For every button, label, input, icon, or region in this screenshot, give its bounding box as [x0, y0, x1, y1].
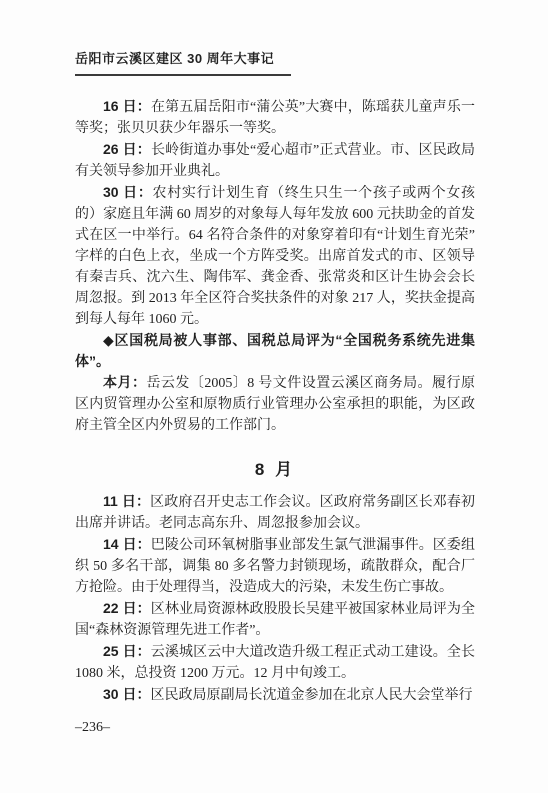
header-title: 岳阳市云溪区建区 30 周年大事记: [75, 48, 475, 67]
entry-paragraph: 11 日：区政府召开史志工作会议。区政府常务副区长邓春初出席并讲话。老同志高东升…: [75, 491, 475, 534]
month-heading: 8 月: [75, 459, 475, 480]
entry-paragraph: 30 日：区民政局原副局长沈道金参加在北京人民大会堂举行: [75, 684, 475, 706]
entry-paragraph: 本月：岳云发〔2005〕8 号文件设置云溪区商务局。履行原区内贸管理办公室和原物…: [75, 372, 475, 436]
entry-paragraph: 16 日：在第五届岳阳市“蒲公英”大赛中，陈瑶获儿童声乐一等奖；张贝贝获少年器乐…: [75, 96, 475, 139]
header-rule: [75, 74, 291, 76]
entry-date-label: 30 日：: [103, 184, 153, 200]
entry-paragraph: 14 日：巴陵公司环氧树脂事业部发生氯气泄漏事件。区委组织 50 多名干部，调集…: [75, 534, 475, 598]
entry-text: 区民政局原副局长沈道金参加在北京人民大会堂举行: [150, 688, 472, 703]
entry-paragraph: 25 日：云溪城区云中大道改造升级工程正式动工建设。全长 1080 米，总投资 …: [75, 641, 475, 684]
entry-date-label: 22 日：: [103, 600, 151, 616]
entry-paragraph: 26 日：长岭街道办事处“爱心超市”正式营业。市、区民政局有关领导参加开业典礼。: [75, 139, 475, 182]
book-page: 岳阳市云溪区建区 30 周年大事记 16 日：在第五届岳阳市“蒲公英”大赛中，陈…: [0, 0, 548, 793]
entry-text: 农村实行计划生育（终生只生一个孩子或两个女孩的）家庭且年满 60 周岁的对象每人…: [75, 186, 475, 327]
entry-date-label: 30 日：: [103, 686, 150, 702]
entry-date-label: 本月：: [103, 374, 146, 390]
page-number: –236–: [75, 720, 110, 736]
entry-date-label: 26 日：: [103, 141, 151, 157]
entry-paragraph: 30 日：农村实行计划生育（终生只生一个孩子或两个女孩的）家庭且年满 60 周岁…: [75, 182, 475, 330]
entry-paragraph: 22 日：区林业局资源林政股股长吴建平被国家林业局评为全国“森林资源管理先进工作…: [75, 598, 475, 641]
entry-date-label: 25 日：: [103, 643, 151, 659]
entry-date-label: 11 日：: [103, 493, 150, 509]
entry-date-label: 14 日：: [103, 536, 151, 552]
entry-paragraph: ◆区国税局被人事部、国税总局评为“全国税务系统先进集体”。: [75, 330, 475, 372]
entry-text: 区国税局被人事部、国税总局评为“全国税务系统先进集体”。: [75, 332, 475, 369]
page-content: 16 日：在第五届岳阳市“蒲公英”大赛中，陈瑶获儿童声乐一等奖；张贝贝获少年器乐…: [75, 96, 475, 706]
diamond-bullet-icon: ◆: [103, 332, 115, 348]
running-header: 岳阳市云溪区建区 30 周年大事记: [75, 48, 475, 76]
entry-date-label: 16 日：: [103, 98, 151, 114]
